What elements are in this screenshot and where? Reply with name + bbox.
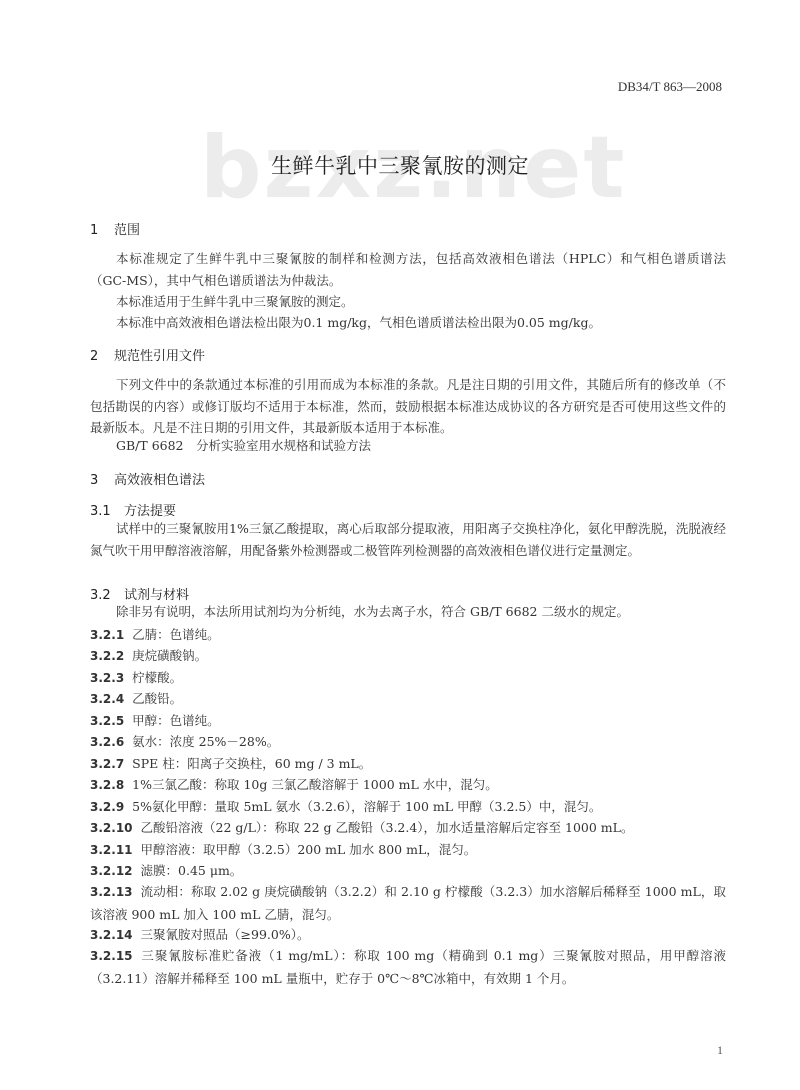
item-number: 3.2.11	[90, 843, 133, 857]
list-item: 3.2.11甲醇溶液：取甲醇（3.2.5）200 mL 加水 800 mL，混匀…	[90, 839, 726, 862]
subsection-heading-3-1: 3.1方法提要	[90, 500, 176, 519]
page-number: 1	[717, 1043, 723, 1058]
item-number: 3.2.14	[90, 928, 133, 942]
standard-code: DB34/T 863—2008	[618, 79, 722, 95]
item-text: 5%氨化甲醇：量取 5mL 氨水（3.2.6），溶解于 100 mL 甲醇（3.…	[132, 799, 601, 814]
section-heading-1: 1范围	[90, 219, 140, 238]
section-heading-3: 3高效液相色谱法	[90, 469, 205, 488]
section-title: 范围	[114, 223, 140, 238]
section-number: 2	[90, 349, 114, 364]
item-text: 乙酸铅。	[132, 691, 182, 706]
subsection-number: 3.1	[90, 504, 124, 519]
item-text: 三聚氰胺标准贮备液（1 mg/mL）：称取 100 mg（精确到 0.1 mg）…	[90, 948, 726, 986]
list-item: 3.2.2庚烷磺酸钠。	[90, 645, 726, 668]
section-title: 高效液相色谱法	[114, 473, 205, 488]
item-text: 甲醇：色谱纯。	[132, 713, 220, 728]
subsection-title: 方法提要	[124, 504, 176, 519]
list-item: 3.2.15三聚氰胺标准贮备液（1 mg/mL）：称取 100 mg（精确到 0…	[90, 945, 726, 989]
list-item: 3.2.10乙酸铅溶液（22 g/L）：称取 22 g 乙酸铅（3.2.4），加…	[90, 817, 726, 840]
item-number: 3.2.9	[90, 800, 124, 814]
item-text: 氨水：浓度 25%－28%。	[132, 734, 279, 749]
item-number: 3.2.10	[90, 821, 133, 835]
list-item: 3.2.3柠檬酸。	[90, 667, 726, 690]
list-item: 3.2.5甲醇：色谱纯。	[90, 710, 726, 733]
item-number: 3.2.2	[90, 649, 124, 663]
item-number: 3.2.6	[90, 735, 124, 749]
item-text: 乙腈：色谱纯。	[132, 627, 220, 642]
list-item: 3.2.7SPE 柱：阳离子交换柱，60 mg / 3 mL。	[90, 753, 726, 776]
item-text: 乙酸铅溶液（22 g/L）：称取 22 g 乙酸铅（3.2.4），加水适量溶解后…	[141, 820, 634, 835]
item-number: 3.2.5	[90, 714, 124, 728]
list-item: 3.2.95%氨化甲醇：量取 5mL 氨水（3.2.6），溶解于 100 mL …	[90, 796, 726, 819]
paragraph: 本标准适用于生鲜牛乳中三聚氰胺的测定。	[90, 291, 726, 313]
item-number: 3.2.12	[90, 864, 133, 878]
item-number: 3.2.1	[90, 628, 124, 642]
item-number: 3.2.8	[90, 778, 124, 792]
list-item: 3.2.4乙酸铅。	[90, 688, 726, 711]
item-number: 3.2.3	[90, 671, 124, 685]
list-item: 3.2.81%三氯乙酸：称取 10g 三氯乙酸溶解于 1000 mL 水中，混匀…	[90, 774, 726, 797]
item-number: 3.2.15	[90, 949, 133, 963]
paragraph: 下列文件中的条款通过本标准的引用而成为本标准的条款。凡是注日期的引用文件，其随后…	[90, 374, 726, 439]
document-title: 生鲜牛乳中三聚氰胺的测定	[0, 150, 800, 180]
item-number: 3.2.4	[90, 692, 124, 706]
section-number: 1	[90, 223, 114, 238]
paragraph: 除非另有说明，本法所用试剂均为分析纯，水为去离子水，符合 GB/T 6682 二…	[90, 601, 726, 623]
item-text: SPE 柱：阳离子交换柱，60 mg / 3 mL。	[132, 756, 371, 771]
section-heading-2: 2规范性引用文件	[90, 345, 205, 364]
list-item: 3.2.13流动相：称取 2.02 g 庚烷磺酸钠（3.2.2）和 2.10 g…	[90, 881, 726, 925]
item-text: 滤膜：0.45 μm。	[141, 863, 243, 878]
reference-entry: GB/T 6682 分析实验室用水规格和试验方法	[90, 435, 726, 457]
list-item: 3.2.1乙腈：色谱纯。	[90, 624, 726, 647]
paragraph: 试样中的三聚氰胺用1%三氯乙酸提取，离心后取部分提取液，用阳离子交换柱净化，氨化…	[90, 518, 726, 561]
item-text: 庚烷磺酸钠。	[132, 648, 207, 663]
item-number: 3.2.13	[90, 885, 133, 899]
item-number: 3.2.7	[90, 757, 124, 771]
section-title: 规范性引用文件	[114, 349, 205, 364]
item-text: 流动相：称取 2.02 g 庚烷磺酸钠（3.2.2）和 2.10 g 柠檬酸（3…	[90, 884, 726, 922]
item-text: 柠檬酸。	[132, 670, 182, 685]
paragraph: 本标准规定了生鲜牛乳中三聚氰胺的制样和检测方法，包括高效液相色谱法（HPLC）和…	[90, 248, 726, 291]
item-text: 三聚氰胺对照品（≥99.0%）。	[141, 927, 310, 942]
paragraph: 本标准中高效液相色谱法检出限为0.1 mg/kg，气相色谱质谱法检出限为0.05…	[90, 312, 726, 334]
list-item: 3.2.6氨水：浓度 25%－28%。	[90, 731, 726, 754]
section-number: 3	[90, 473, 114, 488]
item-text: 甲醇溶液：取甲醇（3.2.5）200 mL 加水 800 mL，混匀。	[141, 842, 477, 857]
item-text: 1%三氯乙酸：称取 10g 三氯乙酸溶解于 1000 mL 水中，混匀。	[132, 777, 498, 792]
list-item: 3.2.14三聚氰胺对照品（≥99.0%）。	[90, 924, 726, 947]
list-item: 3.2.12滤膜：0.45 μm。	[90, 860, 726, 883]
